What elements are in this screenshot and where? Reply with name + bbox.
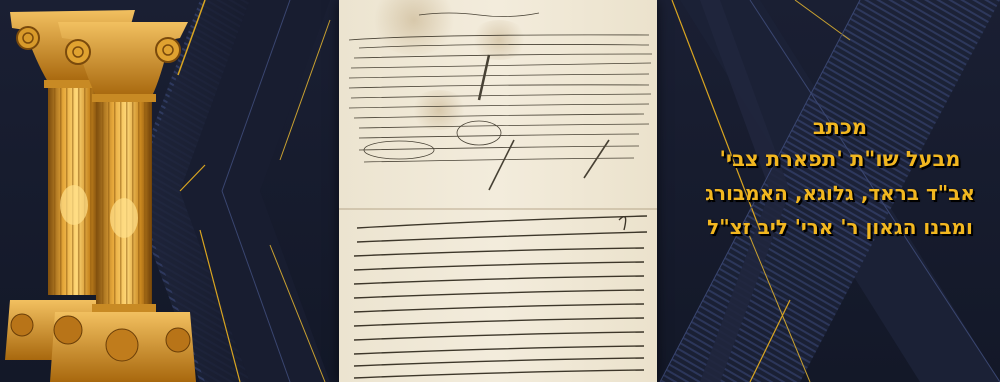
title-line-1: מכתב [680,112,1000,142]
golden-pillars-image [0,0,200,382]
banner-title: מכתב מבעל שו"ת 'תפארת צבי' אב"ד בראד, גל… [680,112,1000,244]
title-line-4: ומבנו הגאון ר' ארי' ליב זצ"ל [680,210,1000,244]
handwriting-strokes [339,0,657,382]
title-line-3: אב"ד בראד, גלוגא, האמבורג [680,176,1000,210]
title-line-2: מבעל שו"ת 'תפארת צבי' [680,142,1000,176]
manuscript-letter-image [339,0,657,382]
banner: מכתב מבעל שו"ת 'תפארת צבי' אב"ד בראד, גל… [0,0,1000,382]
